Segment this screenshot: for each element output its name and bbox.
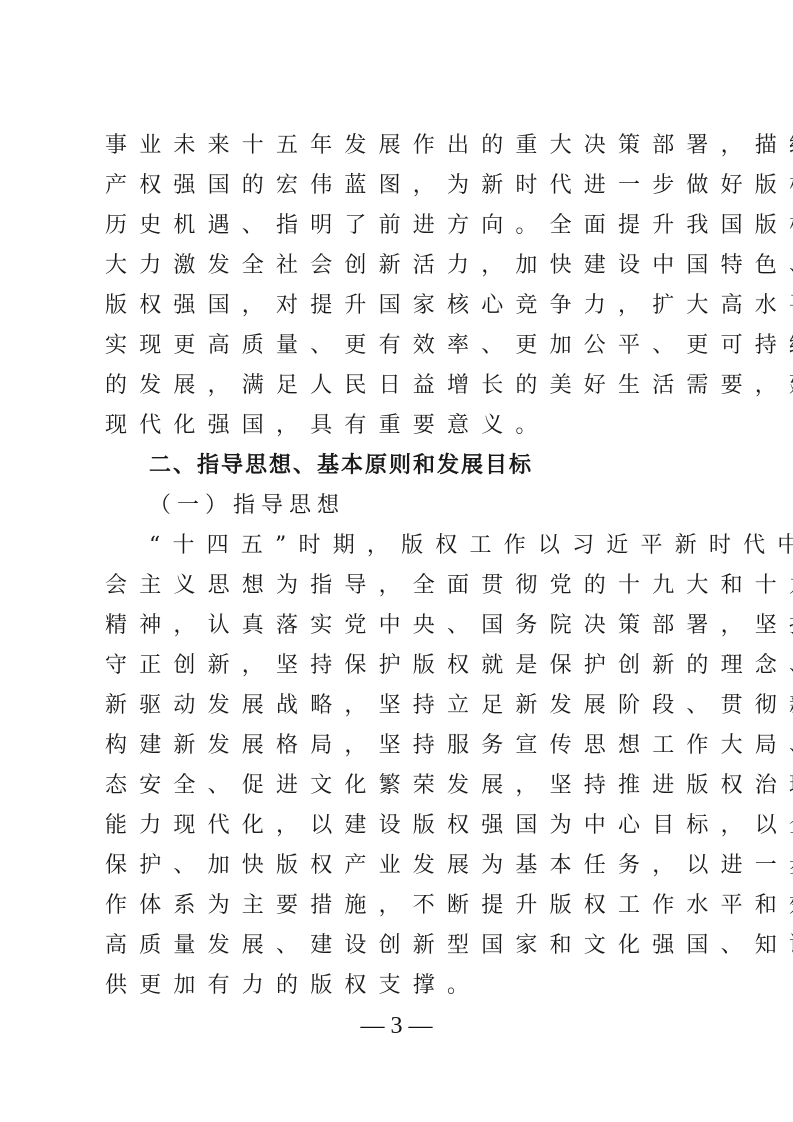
paragraph-line: 作体系为主要措施，不断提升版权工作水平和效能，为推动 xyxy=(105,886,695,926)
paragraph-line: 高质量发展、建设创新型国家和文化强国、知识产权强国提 xyxy=(105,926,695,966)
paragraph-line: 的发展，满足人民日益增长的美好生活需要，建设社会主义 xyxy=(105,366,695,406)
paragraph-line: 会主义思想为指导，全面贯彻党的十九大和十九届历次全会 xyxy=(105,566,695,606)
paragraph-line: 保护、加快版权产业发展为基本任务，以进一步完善版权工 xyxy=(105,846,695,886)
paragraph-line: 现代化强国，具有重要意义。 xyxy=(105,406,695,446)
paragraph-line: 能力现代化，以建设版权强国为中心目标，以全面加强版权 xyxy=(105,806,695,846)
paragraph-line: 大力激发全社会创新活力，加快建设中国特色、世界水平的 xyxy=(105,246,695,286)
subsection-heading: （一）指导思想 xyxy=(105,486,695,526)
paragraph-line: 构建新发展格局，坚持服务宣传思想工作大局、维护意识形 xyxy=(105,726,695,766)
document-page: 事业未来十五年发展作出的重大决策部署，描绘了建设知识 产权强国的宏伟蓝图，为新时… xyxy=(0,0,793,1122)
paragraph-line: 实现更高质量、更有效率、更加公平、更可持续、更为安全 xyxy=(105,326,695,366)
paragraph-line: 供更加有力的版权支撑。 xyxy=(105,966,695,1006)
paragraph-line: 产权强国的宏伟蓝图，为新时代进一步做好版权工作提供了 xyxy=(105,166,695,206)
paragraph-line: 守正创新，坚持保护版权就是保护创新的理念、大力实施创 xyxy=(105,646,695,686)
paragraph-line: “十四五”时期，版权工作以习近平新时代中国特色社 xyxy=(105,526,695,566)
paragraph-line: 新驱动发展战略，坚持立足新发展阶段、贯彻新发展理念、 xyxy=(105,686,695,726)
paragraph-line: 精神，认真落实党中央、国务院决策部署，坚持稳中求进、 xyxy=(105,606,695,646)
paragraph-line: 态安全、促进文化繁荣发展，坚持推进版权治理体系和治理 xyxy=(105,766,695,806)
paragraph-line: 版权强国，对提升国家核心竞争力，扩大高水平对外开放， xyxy=(105,286,695,326)
section-heading: 二、指导思想、基本原则和发展目标 xyxy=(105,446,695,486)
page-number: — 3 — xyxy=(0,1011,793,1041)
paragraph-line: 历史机遇、指明了前进方向。全面提升我国版权工作水平， xyxy=(105,206,695,246)
paragraph-line: 事业未来十五年发展作出的重大决策部署，描绘了建设知识 xyxy=(105,126,695,166)
document-body: 事业未来十五年发展作出的重大决策部署，描绘了建设知识 产权强国的宏伟蓝图，为新时… xyxy=(105,126,695,1006)
